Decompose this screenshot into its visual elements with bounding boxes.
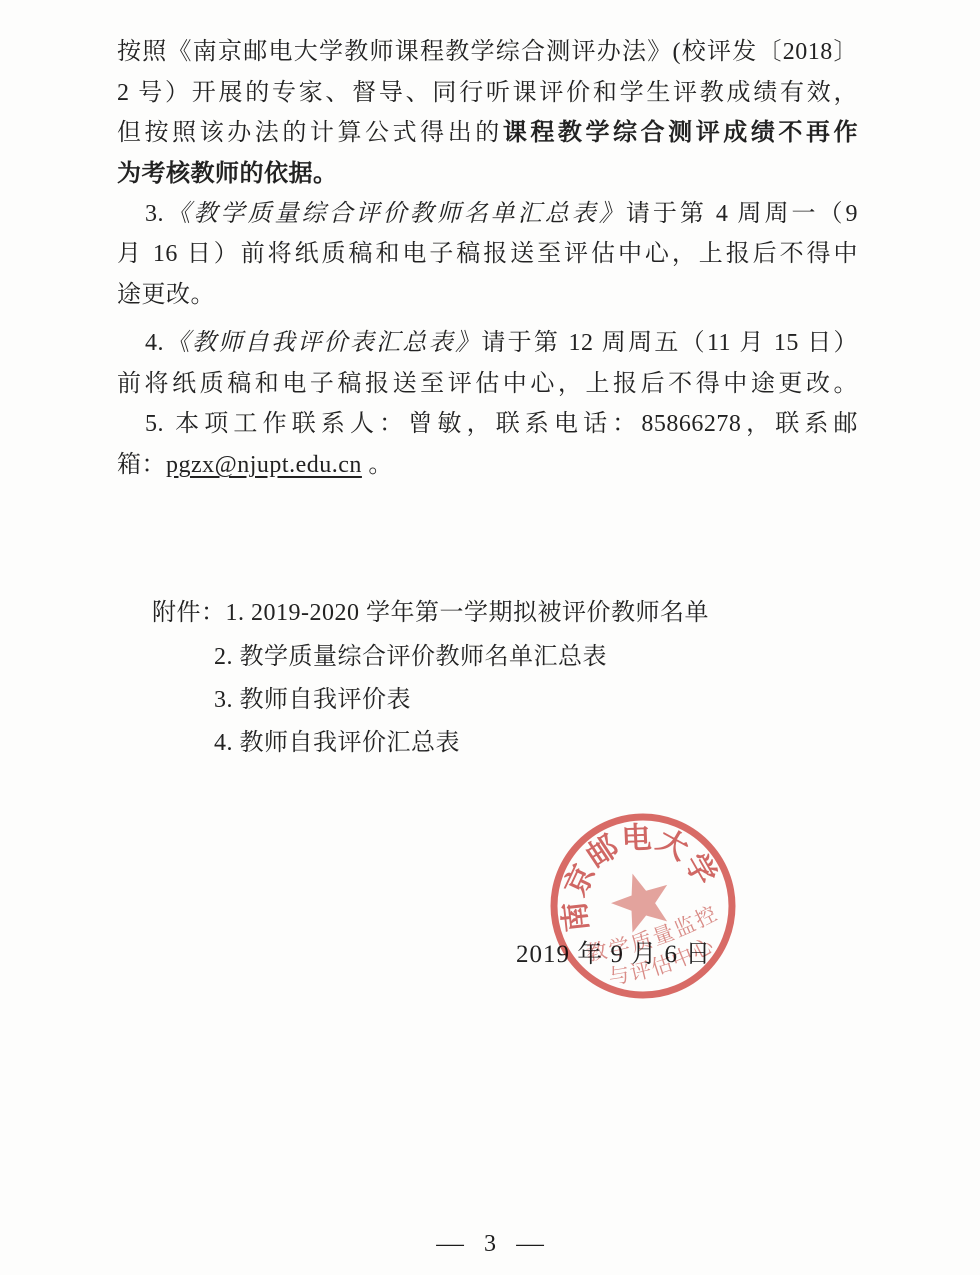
attachment-item-text: 2. 教学质量综合评价教师名单汇总表 [214,644,607,670]
body-line: 按照《南京邮电大学教师课程教学综合测评办法》(校评发〔2018〕 [117,35,858,69]
text-run: 3. [145,201,164,227]
text-run-bold: 课程教学综合测评成绩不再作 [503,120,858,146]
page-number-value: 3 [484,1231,496,1258]
body-line: 前将纸质稿和电子稿报送至评估中心，上报后不得中途更改。 [117,367,858,401]
text-run: 前将纸质稿和电子稿报送至评估中心，上报后不得中途更改。 [117,371,858,397]
scanned-document-page: 按照《南京邮电大学教师课程教学综合测评办法》(校评发〔2018〕 2 号）开展的… [0,0,980,1275]
page-number-dash-left: — [436,1231,464,1258]
attachments-line: 附件：1. 2019-2020 学年第一学期拟被评价教师名单 [152,596,709,630]
attachment-item: 3. 教师自我评价表 [214,683,411,717]
body-line: 月 16 日）前将纸质稿和电子稿报送至评估中心，上报后不得中 [117,237,858,271]
contact-email: pgzx@njupt.edu.cn [166,452,362,478]
text-run: 但按照该办法的计算公式得出的 [117,120,503,146]
body-line: 5. 本项工作联系人：曾敏，联系电话：85866278，联系邮 [117,407,858,441]
text-run: 途更改。 [117,282,215,308]
body-line: 途更改。 [117,278,858,312]
attachment-item-text: 3. 教师自我评价表 [214,687,411,713]
page-number: — 3 — [0,1227,980,1261]
body-line: 为考核教师的依据。 [117,157,858,191]
attachment-item: 4. 教师自我评价汇总表 [214,726,460,760]
attachment-item: 1. 2019-2020 学年第一学期拟被评价教师名单 [226,600,710,626]
text-run-booktitle: 《教师自我评价表汇总表》 [164,330,481,356]
body-line: 4.《教师自我评价表汇总表》请于第 12 周周五（11 月 15 日） [117,326,858,360]
body-line: 箱：pgzx@njupt.edu.cn 。 [117,448,858,482]
body-line: 3.《教学质量综合评价教师名单汇总表》请于第 4 周周一（9 [117,197,858,231]
text-run-bold: 为考核教师的依据。 [117,161,338,187]
body-line: 2 号）开展的专家、督导、同行听课评价和学生评教成绩有效， [117,76,858,110]
page-number-dash-right: — [516,1231,544,1258]
text-run: 月 16 日）前将纸质稿和电子稿报送至评估中心，上报后不得中 [117,241,858,267]
text-run: 按照《南京邮电大学教师课程教学综合测评办法》(校评发〔2018〕 [117,39,858,65]
text-run: 箱： [117,452,166,478]
text-run: 请于第 4 周周一（9 [626,201,858,227]
attachment-item-text: 4. 教师自我评价汇总表 [214,730,460,756]
text-run: 请于第 12 周周五（11 月 15 日） [481,330,858,356]
text-run: 2 号）开展的专家、督导、同行听课评价和学生评教成绩有效， [117,80,858,106]
text-run: 5. 本项工作联系人：曾敏，联系电话：85866278，联系邮 [145,411,858,437]
text-run-booktitle: 《教学质量综合评价教师名单汇总表》 [164,201,626,227]
text-run: 。 [362,452,393,478]
body-line: 但按照该办法的计算公式得出的课程教学综合测评成绩不再作 [117,116,858,150]
attachments-label: 附件： [152,600,226,626]
text-run: 4. [145,330,164,356]
university-seal-stamp: 南京邮电大学 教学质量监控 与评估中心 [543,806,743,1006]
attachment-item: 2. 教学质量综合评价教师名单汇总表 [214,640,607,674]
